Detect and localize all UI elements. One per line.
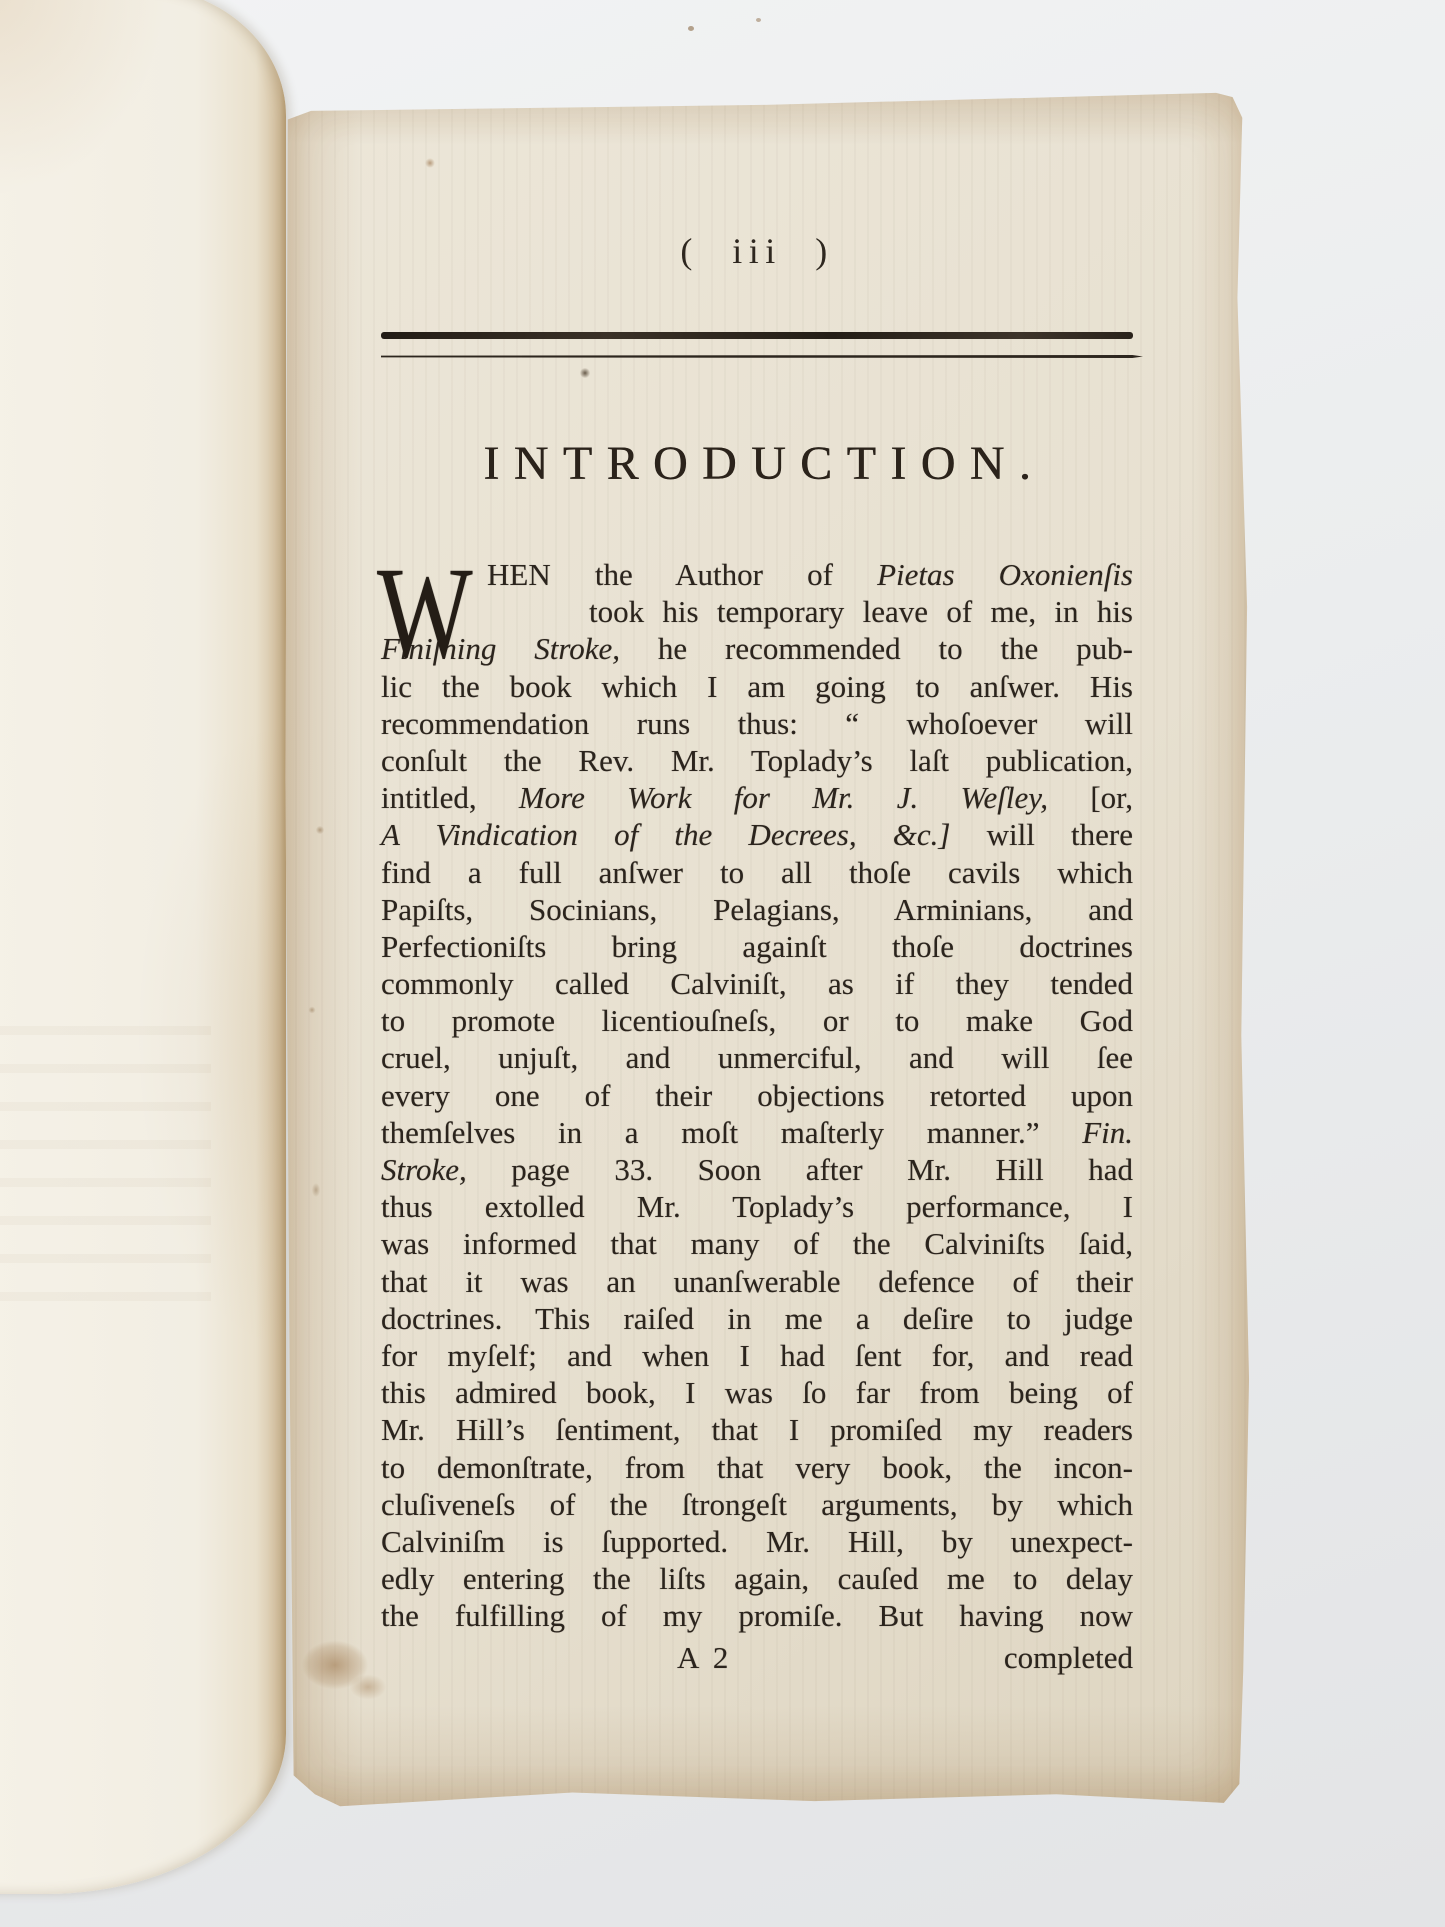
text-line: HEN the Author of Pietas Oxonienſis [381, 556, 1133, 593]
text-line: conſult the Rev. Mr. Toplady’s laſt publ… [381, 742, 1133, 779]
facing-page-edge [0, 0, 286, 1894]
page-showthrough [0, 1026, 211, 1326]
body-text: W HEN the Author of Pietas Oxonienſistoo… [381, 556, 1133, 1634]
text-line: Finiſhing Stroke, he recommended to the … [381, 630, 1133, 667]
text-line: this admired book, I was ſo far from bei… [381, 1374, 1133, 1411]
text-line: commonly called Calviniſt, as if they te… [381, 965, 1133, 1002]
book-photo-background: ( iii ) INTRODUCTION. W HEN the Author o… [0, 0, 1445, 1927]
text-line: Stroke, page 33. Soon after Mr. Hill had [381, 1151, 1133, 1188]
text-line: Mr. Hill’s ſentiment, that I promiſed my… [381, 1411, 1133, 1448]
head-rule-thin [381, 355, 1143, 358]
text-line: lic the book which I am going to anſwer.… [381, 668, 1133, 705]
text-line: thus extolled Mr. Toplady’s performance,… [381, 1188, 1133, 1225]
signature-row: A 2 completed [381, 1640, 1133, 1678]
text-line: to demonſtrate, from that very book, the… [381, 1449, 1133, 1486]
text-line: cruel, unjuſt, and unmerciful, and will … [381, 1039, 1133, 1076]
text-line: Calviniſm is ſupported. Mr. Hill, by une… [381, 1523, 1133, 1560]
text-line: the fulfilling of my promiſe. But having… [381, 1597, 1133, 1634]
text-line: find a full anſwer to all thoſe cavils w… [381, 854, 1133, 891]
page-title: INTRODUCTION. [381, 436, 1133, 491]
text-line: took his temporary leave of me, in his [381, 593, 1133, 630]
text-line: cluſiveneſs of the ſtrongeſt arguments, … [381, 1486, 1133, 1523]
catchword: completed [1004, 1640, 1133, 1676]
text-line: edly entering the liſts again, cauſed me… [381, 1560, 1133, 1597]
text-line: doctrines. This raiſed in me a deſire to… [381, 1300, 1133, 1337]
text-line: recommendation runs thus: “ whoſoever wi… [381, 705, 1133, 742]
book-page: ( iii ) INTRODUCTION. W HEN the Author o… [282, 92, 1250, 1808]
text-line: Perfectioniſts bring againſt thoſe doctr… [381, 928, 1133, 965]
text-line: themſelves in a moſt maſterly manner.” F… [381, 1114, 1133, 1151]
foxing-speck [688, 26, 694, 31]
text-line: intitled, More Work for Mr. J. Weſley, [… [381, 779, 1133, 816]
text-line: every one of their objections retorted u… [381, 1077, 1133, 1114]
page-number: ( iii ) [381, 230, 1133, 272]
drop-cap: W [377, 548, 473, 678]
signature-mark: A 2 [677, 1640, 732, 1676]
text-line: A Vindication of the Decrees, &c.] will … [381, 816, 1133, 853]
text-line: to promote licentiouſneſs, or to make Go… [381, 1002, 1133, 1039]
text-line: that it was an unanſwerable defence of t… [381, 1263, 1133, 1300]
foxing-speck [756, 18, 761, 22]
text-line: was informed that many of the Calviniſts… [381, 1225, 1133, 1262]
text-line: for myſelf; and when I had ſent for, and… [381, 1337, 1133, 1374]
head-rule-thick [381, 332, 1133, 339]
text-line: Papiſts, Socinians, Pelagians, Arminians… [381, 891, 1133, 928]
